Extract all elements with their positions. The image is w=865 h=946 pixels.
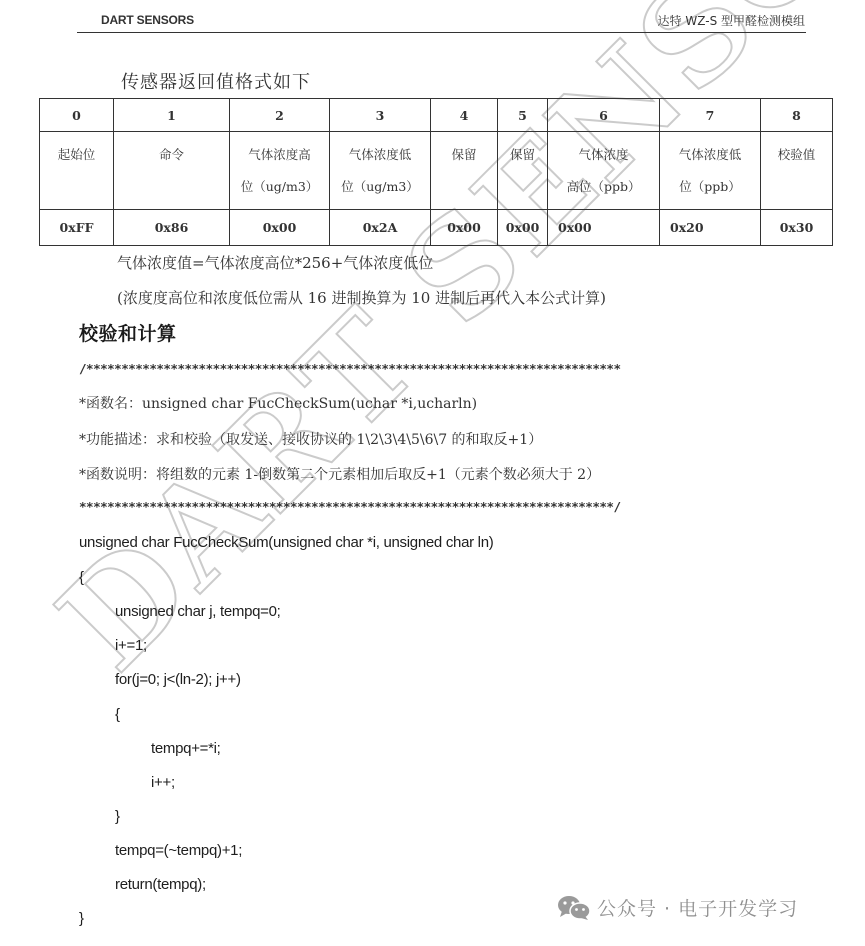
table-cell: 0x00 (230, 210, 330, 246)
code-line: tempq=(~tempq)+1; (115, 842, 242, 859)
footer-brand[interactable]: 公众号 · 电子开发学习 (557, 894, 798, 921)
table-cell: 4 (431, 99, 498, 132)
table-cell: 3 (330, 99, 431, 132)
code-line: for(j=0; j<(ln-2); j++) (115, 671, 241, 688)
document-page: DART SENSORS DART SENSORS 达特 WZ-S 型甲醛检测模… (0, 0, 865, 946)
wechat-icon (557, 895, 591, 921)
code-line: { (79, 569, 84, 586)
comment-top-border: /***************************************… (79, 361, 759, 376)
code-line: } (79, 910, 84, 927)
table-desc-row: 起始位 命令 气体浓度高位（ug/m3） 气体浓度低位（ug/m3） 保留 保留… (40, 132, 833, 210)
header-doc-title: 达特 WZ-S 型甲醛检测模组 (658, 12, 805, 29)
table-cell: 保留 (431, 132, 498, 210)
table-cell: 保留 (498, 132, 548, 210)
formula-text: 气体浓度值=气体浓度高位*256+气体浓度低位 (117, 252, 433, 273)
table-cell: 起始位 (40, 132, 114, 210)
table-cell: 命令 (114, 132, 230, 210)
table-cell: 气体浓度低位（ppb） (660, 132, 761, 210)
table-cell: 0x20 (660, 210, 761, 246)
table-cell: 5 (498, 99, 548, 132)
table-cell: 1 (114, 99, 230, 132)
table-cell: 0 (40, 99, 114, 132)
table-cell: 8 (761, 99, 833, 132)
table-cell: 气体浓度高位（ug/m3） (230, 132, 330, 210)
table-cell: 0xFF (40, 210, 114, 246)
code-line: tempq+=*i; (151, 740, 221, 757)
table-cell: 0x00 (548, 210, 660, 246)
table-cell: 7 (660, 99, 761, 132)
header-rule (77, 32, 806, 33)
table-cell: 0x30 (761, 210, 833, 246)
table-cell: 0x2A (330, 210, 431, 246)
comment-func-name: *函数名：unsigned char FucCheckSum(uchar *i,… (79, 393, 477, 413)
table-value-row: 0xFF 0x86 0x00 0x2A 0x00 0x00 0x00 0x20 … (40, 210, 833, 246)
table-cell: 0x00 (498, 210, 548, 246)
table-cell: 6 (548, 99, 660, 132)
code-line: unsigned char FucCheckSum(unsigned char … (79, 534, 493, 551)
table-cell: 校验值 (761, 132, 833, 210)
header-brand: DART SENSORS (101, 13, 194, 27)
section-title: 传感器返回值格式如下 (121, 68, 311, 94)
code-line: unsigned char j, tempq=0; (115, 603, 281, 620)
comment-func-note: *函数说明：将组数的元素 1-倒数第二个元素相加后取反+1（元素个数必须大于 2… (79, 464, 600, 484)
table-cell: 0x00 (431, 210, 498, 246)
code-line: i+=1; (115, 637, 147, 654)
table-cell: 气体浓度高位（ppb） (548, 132, 660, 210)
code-line: { (115, 706, 120, 723)
return-format-table: 0 1 2 3 4 5 6 7 8 起始位 命令 气体浓度高位（ug/m3） 气… (39, 98, 833, 246)
code-line: } (115, 808, 120, 825)
formula-note: (浓度度高位和浓度低位需从 16 进制换算为 10 进制后再代入本公式计算) (117, 287, 606, 308)
table-index-row: 0 1 2 3 4 5 6 7 8 (40, 99, 833, 132)
table-cell: 0x86 (114, 210, 230, 246)
comment-func-desc: *功能描述：求和校验（取发送、接收协议的 1\2\3\4\5\6\7 的和取反+… (79, 429, 542, 449)
footer-label: 公众号 · 电子开发学习 (597, 894, 798, 921)
code-line: return(tempq); (115, 876, 206, 893)
checksum-heading: 校验和计算 (79, 319, 177, 346)
comment-bottom-border: ****************************************… (79, 499, 759, 514)
code-line: i++; (151, 774, 175, 791)
table-cell: 2 (230, 99, 330, 132)
table-cell: 气体浓度低位（ug/m3） (330, 132, 431, 210)
